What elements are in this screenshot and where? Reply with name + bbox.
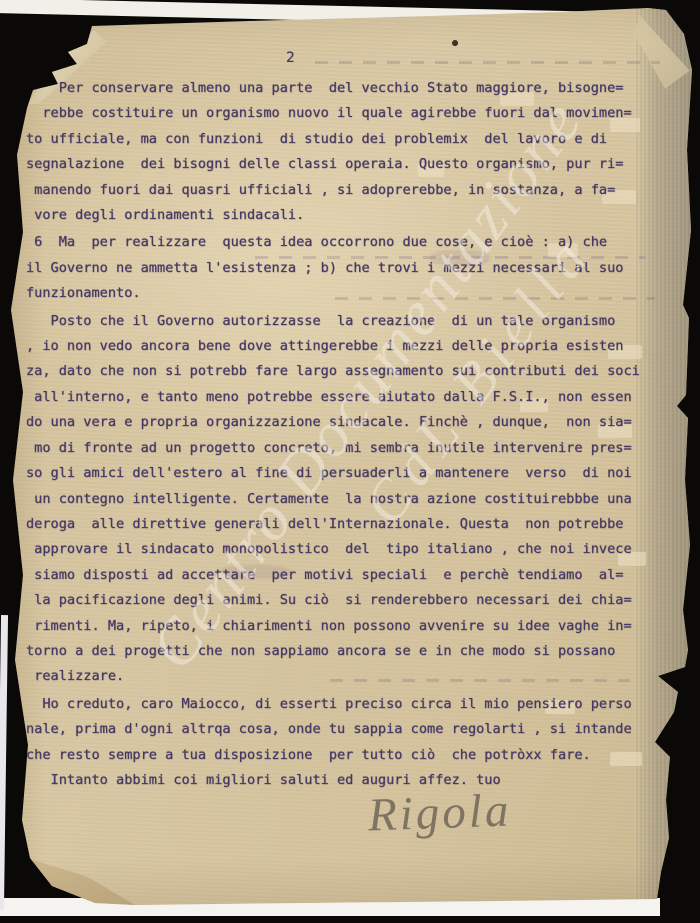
typed-line: do una vera e propria organizzazione sin… bbox=[26, 410, 674, 435]
paragraph: Ho creduto, caro Maiocco, di esserti pre… bbox=[26, 692, 674, 794]
typed-line: nale, prima d'ogni altrqa cosa, onde tu … bbox=[26, 717, 674, 742]
typed-line: mo di fronte ad un progetto concreto, mi… bbox=[26, 436, 674, 461]
ghost-dashes bbox=[315, 61, 660, 64]
typed-line: un contegno intelligente. Certamente la … bbox=[26, 487, 674, 512]
typed-line: che resto sempre a tua disposizione per … bbox=[26, 743, 674, 768]
typed-text: 5 Per conservare almeno una parte del ve… bbox=[26, 76, 674, 793]
typed-line: Posto che il Governo autorizzasse la cre… bbox=[26, 309, 674, 334]
document-page: 2 5 Per conservare almeno una parte del … bbox=[0, 0, 700, 923]
typed-line: 6 Ma per realizzare questa idea occorron… bbox=[26, 230, 674, 255]
page-number: 2 bbox=[286, 50, 295, 66]
typed-line: to ufficiale, ma con funzioni di studio … bbox=[26, 127, 674, 152]
typed-line: so gli amici dell'estero al fine di pers… bbox=[26, 461, 674, 486]
typed-line: Ho creduto, caro Maiocco, di esserti pre… bbox=[26, 692, 674, 717]
typed-line: all'interno, e tanto meno potrebbe esser… bbox=[26, 385, 674, 410]
folded-corner-bottom-left bbox=[27, 845, 135, 905]
typed-line: rimenti. Ma, ripeto, i chiarimenti non p… bbox=[26, 614, 674, 639]
paragraph: 6 Ma per realizzare questa idea occorron… bbox=[26, 230, 674, 306]
typed-line: vore degli ordinamenti sindacali. bbox=[26, 203, 674, 228]
typed-line: funzionamento. bbox=[26, 281, 674, 306]
signature: Rigola bbox=[367, 784, 512, 843]
paragraph: Posto che il Governo autorizzasse la cre… bbox=[26, 309, 674, 690]
backing-mat-left-sliver bbox=[0, 615, 8, 910]
typed-line: realizzare. bbox=[26, 664, 674, 689]
paragraph: 5 Per conservare almeno una parte del ve… bbox=[26, 76, 674, 228]
typed-line: siamo disposti ad accettare per motivi s… bbox=[26, 563, 674, 588]
typed-line: rebbe costituire un organismo nuovo il q… bbox=[26, 101, 674, 126]
typed-line: torno a dei progetti che non sappiamo an… bbox=[26, 639, 674, 664]
typed-line: approvare il sindacato monopolistico del… bbox=[26, 537, 674, 562]
photo-scan: 2 5 Per conservare almeno una parte del … bbox=[0, 0, 700, 923]
typed-line: , io non vedo ancora bene dove attingere… bbox=[26, 334, 674, 359]
typed-line: segnalazione dei bisogni delle classi op… bbox=[26, 152, 674, 177]
typed-line: deroga alle direttive generali dell'Inte… bbox=[26, 512, 674, 537]
typed-line: 5 Per conservare almeno una parte del ve… bbox=[26, 76, 674, 101]
ink-dot bbox=[452, 40, 458, 46]
typed-line: il Governo ne ammetta l'esistenza ; b) c… bbox=[26, 256, 674, 281]
typed-line: za, dato che non si potrebb fare largo a… bbox=[26, 359, 674, 384]
typed-line: la pacificazione degli animi. Su ciò si … bbox=[26, 588, 674, 613]
typed-line: manendo fuori dai quasri ufficiali , si … bbox=[26, 178, 674, 203]
typed-line: Intanto abbimi coi migliori saluti ed au… bbox=[26, 768, 674, 793]
